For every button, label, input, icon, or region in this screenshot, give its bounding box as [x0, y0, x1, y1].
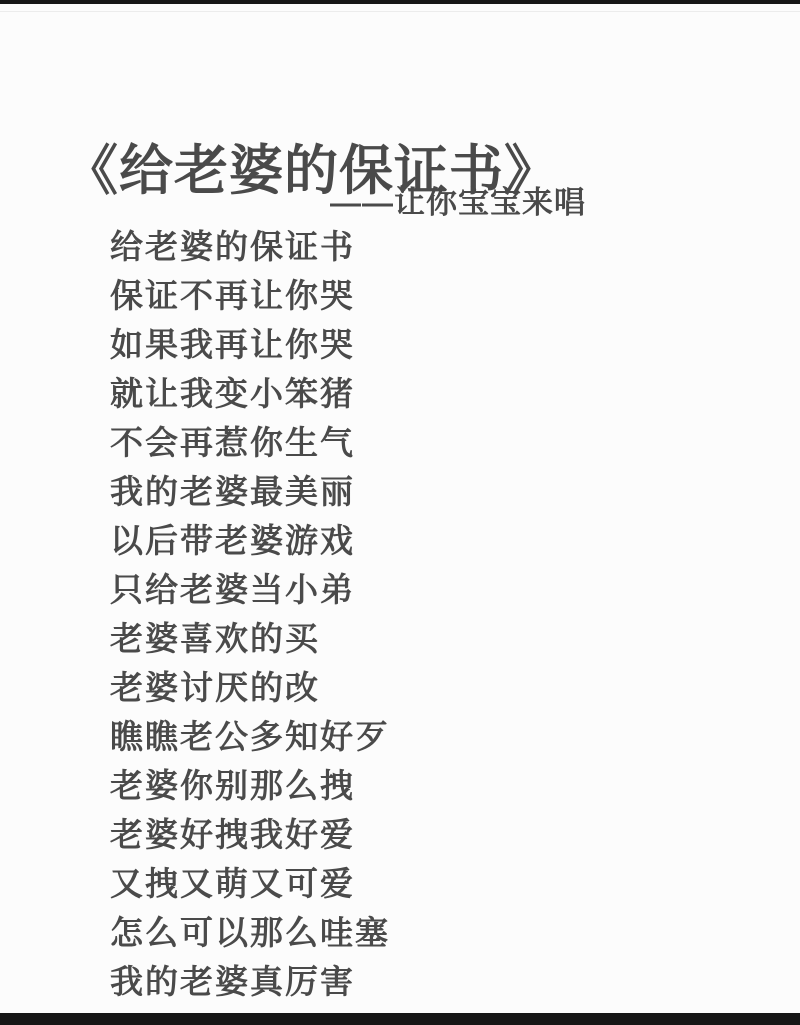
lyric-line: 我的老婆最美丽 [110, 467, 390, 516]
lyric-line: 就让我变小笨猪 [110, 369, 390, 418]
lyric-line: 怎么可以那么哇塞 [110, 908, 390, 957]
top-border [0, 0, 800, 4]
lyric-line: 老婆喜欢的买 [110, 614, 390, 663]
lyric-line: 如果我再让你哭 [110, 320, 390, 369]
lyric-line: 老婆好拽我好爱 [110, 810, 390, 859]
bottom-border [0, 1013, 800, 1025]
lyric-line: 老婆讨厌的改 [110, 663, 390, 712]
lyric-line: 给老婆的保证书 [110, 222, 390, 271]
lyric-line: 保证不再让你哭 [110, 271, 390, 320]
lyric-line: 瞧瞧老公多知好歹 [110, 712, 390, 761]
lyric-line: 我的老婆真厉害 [110, 957, 390, 1006]
top-border-faint [0, 11, 800, 12]
lyric-line: 又拽又萌又可爱 [110, 859, 390, 908]
lyric-line: 以后带老婆游戏 [110, 516, 390, 565]
lyric-line: 不会再惹你生气 [110, 418, 390, 467]
document-subtitle: ——让你宝宝来唱 [330, 177, 586, 222]
lyric-line: 只给老婆当小弟 [110, 565, 390, 614]
lyrics-block: 给老婆的保证书 保证不再让你哭 如果我再让你哭 就让我变小笨猪 不会再惹你生气 … [110, 222, 390, 1006]
lyric-line: 老婆你别那么拽 [110, 761, 390, 810]
